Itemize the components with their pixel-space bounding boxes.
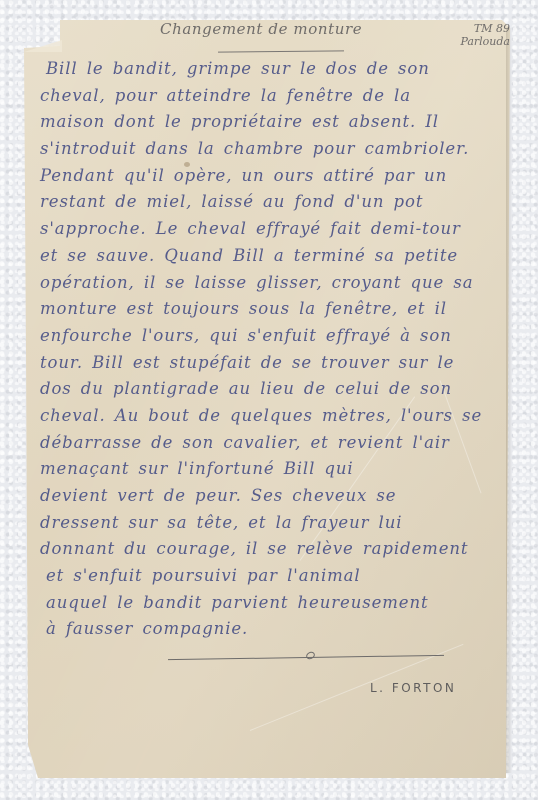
text-line: cheval, pour atteindre la fenêtre de la [40, 83, 510, 110]
pencil-annotation: TM 89 Parlouda [420, 22, 510, 48]
text-line: devient vert de peur. Ses cheveux se [40, 483, 510, 510]
text-line: Bill le bandit, grimpe sur le dos de son [40, 56, 510, 83]
text-line: restant de miel, laissé au fond d'un pot [40, 189, 510, 216]
text-line: auquel le bandit parvient heureusement [40, 590, 510, 617]
text-line: maison dont le propriétaire est absent. … [40, 109, 510, 136]
text-line: dos du plantigrade au lieu de celui de s… [40, 376, 510, 403]
text-line: débarrasse de son cavalier, et revient l… [40, 430, 510, 457]
text-line: dressent sur sa tête, et la frayeur lui [40, 510, 510, 537]
text-line: et se sauve. Quand Bill a terminé sa pet… [40, 243, 510, 270]
text-line: s'approche. Le cheval effrayé fait demi-… [40, 216, 510, 243]
annotation-line: Parlouda [420, 35, 510, 48]
text-line: opération, il se laisse glisser, croyant… [40, 270, 510, 297]
author-signature: L. FORTON [370, 681, 456, 695]
text-line: à fausser compagnie. [40, 616, 510, 643]
text-line: menaçant sur l'infortuné Bill qui [40, 456, 510, 483]
text-line: donnant du courage, il se relève rapidem… [40, 536, 510, 563]
text-line: monture est toujours sous la fenêtre, et… [40, 296, 510, 323]
text-line: tour. Bill est stupéfait de se trouver s… [40, 350, 510, 377]
text-line: et s'enfuit poursuivi par l'animal [40, 563, 510, 590]
text-line: enfourche l'ours, qui s'enfuit effrayé à… [40, 323, 510, 350]
handwritten-body: Bill le bandit, grimpe sur le dos de son… [40, 56, 510, 643]
folded-corner [24, 40, 62, 52]
text-line: cheval. Au bout de quelques mètres, l'ou… [40, 403, 510, 430]
text-line: Pendant qu'il opère, un ours attiré par … [40, 163, 510, 190]
document-title: Changement de monture [160, 20, 362, 38]
annotation-line: TM 89 [420, 22, 510, 35]
text-line: s'introduit dans la chambre pour cambrio… [40, 136, 510, 163]
